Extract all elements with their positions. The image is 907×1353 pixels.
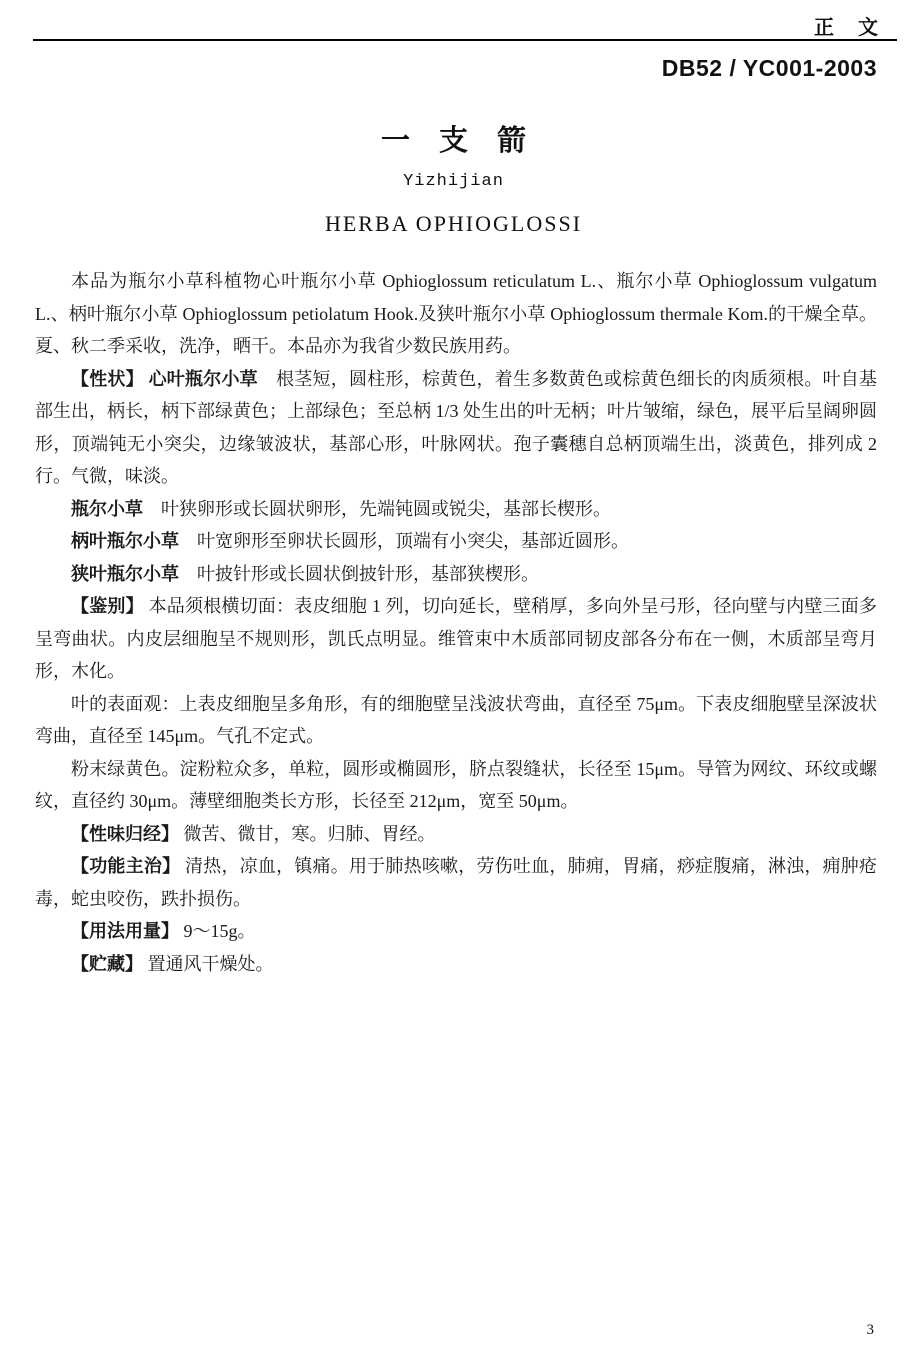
document-page: 正 文 DB52 / YC001-2003 一 支 箭 Yizhijian HE… (0, 0, 907, 1353)
paragraph-identification: 【鉴别】 本品须根横切面：表皮细胞 1 列，切向延长，壁稍厚，多向外呈弓形，径向… (35, 590, 877, 688)
section-text: 叶宽卵形至卵状长圆形，顶端有小突尖，基部近圆形。 (179, 531, 629, 551)
section-label-jianbie: 【鉴别】 (71, 596, 144, 616)
section-text: 本品须根横切面：表皮细胞 1 列，切向延长，壁稍厚，多向外呈弓形，径向壁与内壁三… (35, 596, 877, 681)
section-text: 叶披针形或长圆状倒披针形，基部狭楔形。 (179, 564, 539, 584)
paragraph-species-pingerxiaocao: 瓶尔小草 叶狭卵形或长圆状卵形，先端钝圆或锐尖，基部长楔形。 (35, 493, 877, 526)
section-label-xingwei: 【性味归经】 (71, 824, 179, 844)
section-text: 9～15g。 (179, 921, 256, 941)
doc-standard-number: DB52 / YC001-2003 (662, 55, 877, 82)
section-text: 叶狭卵形或长圆状卵形，先端钝圆或锐尖，基部长楔形。 (143, 499, 611, 519)
paragraph-species-bingye: 柄叶瓶尔小草 叶宽卵形至卵状长圆形，顶端有小突尖，基部近圆形。 (35, 525, 877, 558)
drug-title-chinese: 一 支 箭 (0, 118, 907, 159)
paragraph-description: 【性状】 心叶瓶尔小草 根茎短，圆柱形，棕黄色，着生多数黄色或棕黄色细长的肉质须… (35, 363, 877, 493)
drug-title-pinyin: Yizhijian (0, 172, 907, 191)
paragraph-source: 本品为瓶尔小草科植物心叶瓶尔小草 Ophioglossum reticulatu… (35, 265, 877, 363)
species-label: 柄叶瓶尔小草 (71, 531, 179, 551)
header-section-label: 正 文 (814, 11, 880, 40)
document-body: 本品为瓶尔小草科植物心叶瓶尔小草 Ophioglossum reticulatu… (35, 265, 877, 980)
section-text: 叶的表面观：上表皮细胞呈多角形，有的细胞壁呈浅波状弯曲，直径至 75μm。下表皮… (35, 694, 877, 747)
paragraph-taste-meridian: 【性味归经】 微苦、微甘，寒。归肺、胃经。 (35, 818, 877, 851)
section-label-yongfa: 【用法用量】 (71, 921, 179, 941)
paragraph-species-xiaye: 狭叶瓶尔小草 叶披针形或长圆状倒披针形，基部狭楔形。 (35, 558, 877, 591)
species-label: 狭叶瓶尔小草 (71, 564, 179, 584)
header-rule (33, 39, 897, 41)
paragraph-powder: 粉末绿黄色。淀粉粒众多，单粒，圆形或椭圆形，脐点裂缝状，长径至 15μm。导管为… (35, 753, 877, 818)
section-text: 置通风干燥处。 (143, 954, 274, 974)
section-label-gongneng: 【功能主治】 (71, 856, 180, 876)
section-label-zhucang: 【贮藏】 (71, 954, 143, 974)
drug-title-latin: HERBA OPHIOGLOSSI (0, 211, 907, 237)
section-label-xingzhuang: 【性状】 心叶瓶尔小草 (71, 369, 258, 389)
paragraph-leaf-surface: 叶的表面观：上表皮细胞呈多角形，有的细胞壁呈浅波状弯曲，直径至 75μm。下表皮… (35, 688, 877, 753)
section-text: 微苦、微甘，寒。归肺、胃经。 (179, 824, 436, 844)
section-text: 本品为瓶尔小草科植物心叶瓶尔小草 Ophioglossum reticulatu… (35, 271, 877, 356)
paragraph-functions: 【功能主治】 清热，凉血，镇痛。用于肺热咳嗽，劳伤吐血，肺痈，胃痛，痧症腹痛，淋… (35, 850, 877, 915)
species-label: 瓶尔小草 (71, 499, 143, 519)
section-text: 粉末绿黄色。淀粉粒众多，单粒，圆形或椭圆形，脐点裂缝状，长径至 15μm。导管为… (35, 759, 877, 812)
paragraph-dosage: 【用法用量】 9～15g。 (35, 915, 877, 948)
paragraph-storage: 【贮藏】 置通风干燥处。 (35, 948, 877, 981)
page-number: 3 (867, 1322, 875, 1339)
